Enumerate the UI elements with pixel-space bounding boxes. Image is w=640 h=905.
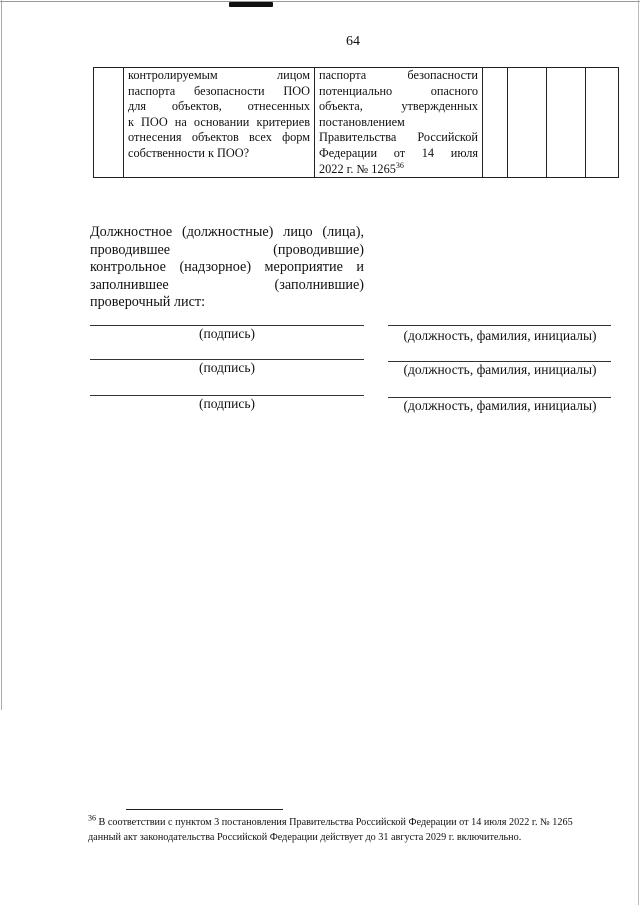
position-name-caption: (должность, фамилия, инициалы) <box>380 328 620 344</box>
question-line: паспорта безопасности ПОО <box>128 84 310 100</box>
scan-edge-right <box>638 0 639 905</box>
reference-line: постановлением <box>319 115 478 131</box>
question-line: отнесения объектов всех форм <box>128 130 310 146</box>
footnote-line: данный акт законодательства Российской Ф… <box>88 831 618 846</box>
responsible-official-block: Должностное (должностные) лицо (лица), п… <box>90 224 364 312</box>
footnote-separator <box>126 809 283 810</box>
reference-line: Федерации от 14 июля <box>319 146 478 162</box>
reference-line: Правительства Российской <box>319 130 478 146</box>
reference-cell: паспорта безопасности потенциально опасн… <box>315 68 483 178</box>
page-number: 64 <box>0 34 640 50</box>
question-line: собственности к ПОО? <box>128 146 310 162</box>
scan-edge-top <box>0 1 640 2</box>
reference-line: потенциально опасного <box>319 84 478 100</box>
table-row: контролируемым лицом паспорта безопаснос… <box>94 68 619 178</box>
footnote-mark: 36 <box>396 160 404 169</box>
responsible-line: Должностное (должностные) лицо (лица), <box>90 224 364 242</box>
notes-cell <box>586 68 619 178</box>
footnote: 36 В соответствии с пунктом 3 постановле… <box>88 816 618 845</box>
answer-no-cell <box>508 68 547 178</box>
footnote-number: 36 <box>88 814 96 823</box>
scan-artifact-mark <box>229 2 273 7</box>
scan-edge-left <box>1 0 2 710</box>
reference-line: паспорта безопасности <box>319 68 478 84</box>
signature-caption: (подпись) <box>90 396 364 412</box>
reference-line: объекта, утвержденных <box>319 99 478 115</box>
responsible-line: проводившее (проводившие) <box>90 242 364 260</box>
row-number-cell <box>94 68 124 178</box>
reference-line-last: 2022 г. № 126536 <box>319 162 478 178</box>
signature-caption: (подпись) <box>90 326 364 342</box>
question-line: для объектов, отнесенных <box>128 99 310 115</box>
position-name-caption: (должность, фамилия, инициалы) <box>380 362 620 378</box>
position-name-caption: (должность, фамилия, инициалы) <box>380 398 620 414</box>
footnote-line: 36 В соответствии с пунктом 3 постановле… <box>88 816 618 831</box>
answer-yes-cell <box>483 68 508 178</box>
question-line: к ПОО на основании критериев <box>128 115 310 131</box>
responsible-line: проверочный лист: <box>90 294 364 312</box>
responsible-line: заполнившее (заполнившие) <box>90 277 364 295</box>
question-cell: контролируемым лицом паспорта безопаснос… <box>124 68 315 178</box>
position-name-line <box>388 325 611 326</box>
signature-caption: (подпись) <box>90 360 364 376</box>
checklist-table: контролируемым лицом паспорта безопаснос… <box>93 67 619 178</box>
responsible-line: контрольное (надзорное) мероприятие и <box>90 259 364 277</box>
question-line: контролируемым лицом <box>128 68 310 84</box>
answer-na-cell <box>547 68 586 178</box>
